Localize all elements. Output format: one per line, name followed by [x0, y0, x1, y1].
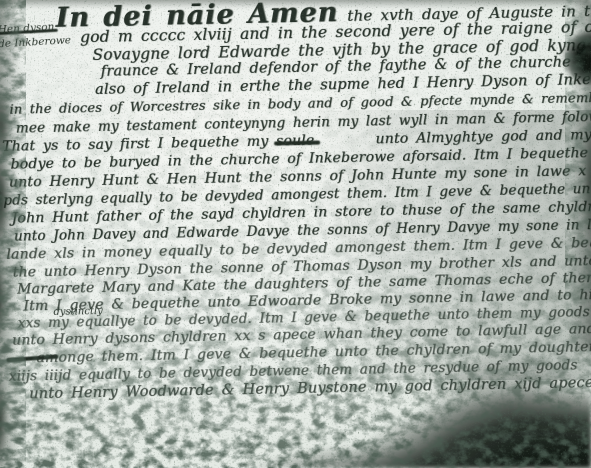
margin-note: de Inkberowe [0, 34, 71, 50]
manuscript-text: In dei nāie Amenthe xvth daye of Auguste… [0, 0, 591, 468]
interlinear-insert: dystinctly [53, 306, 103, 318]
scan-page: In dei nāie Amenthe xvth daye of Auguste… [0, 0, 591, 468]
